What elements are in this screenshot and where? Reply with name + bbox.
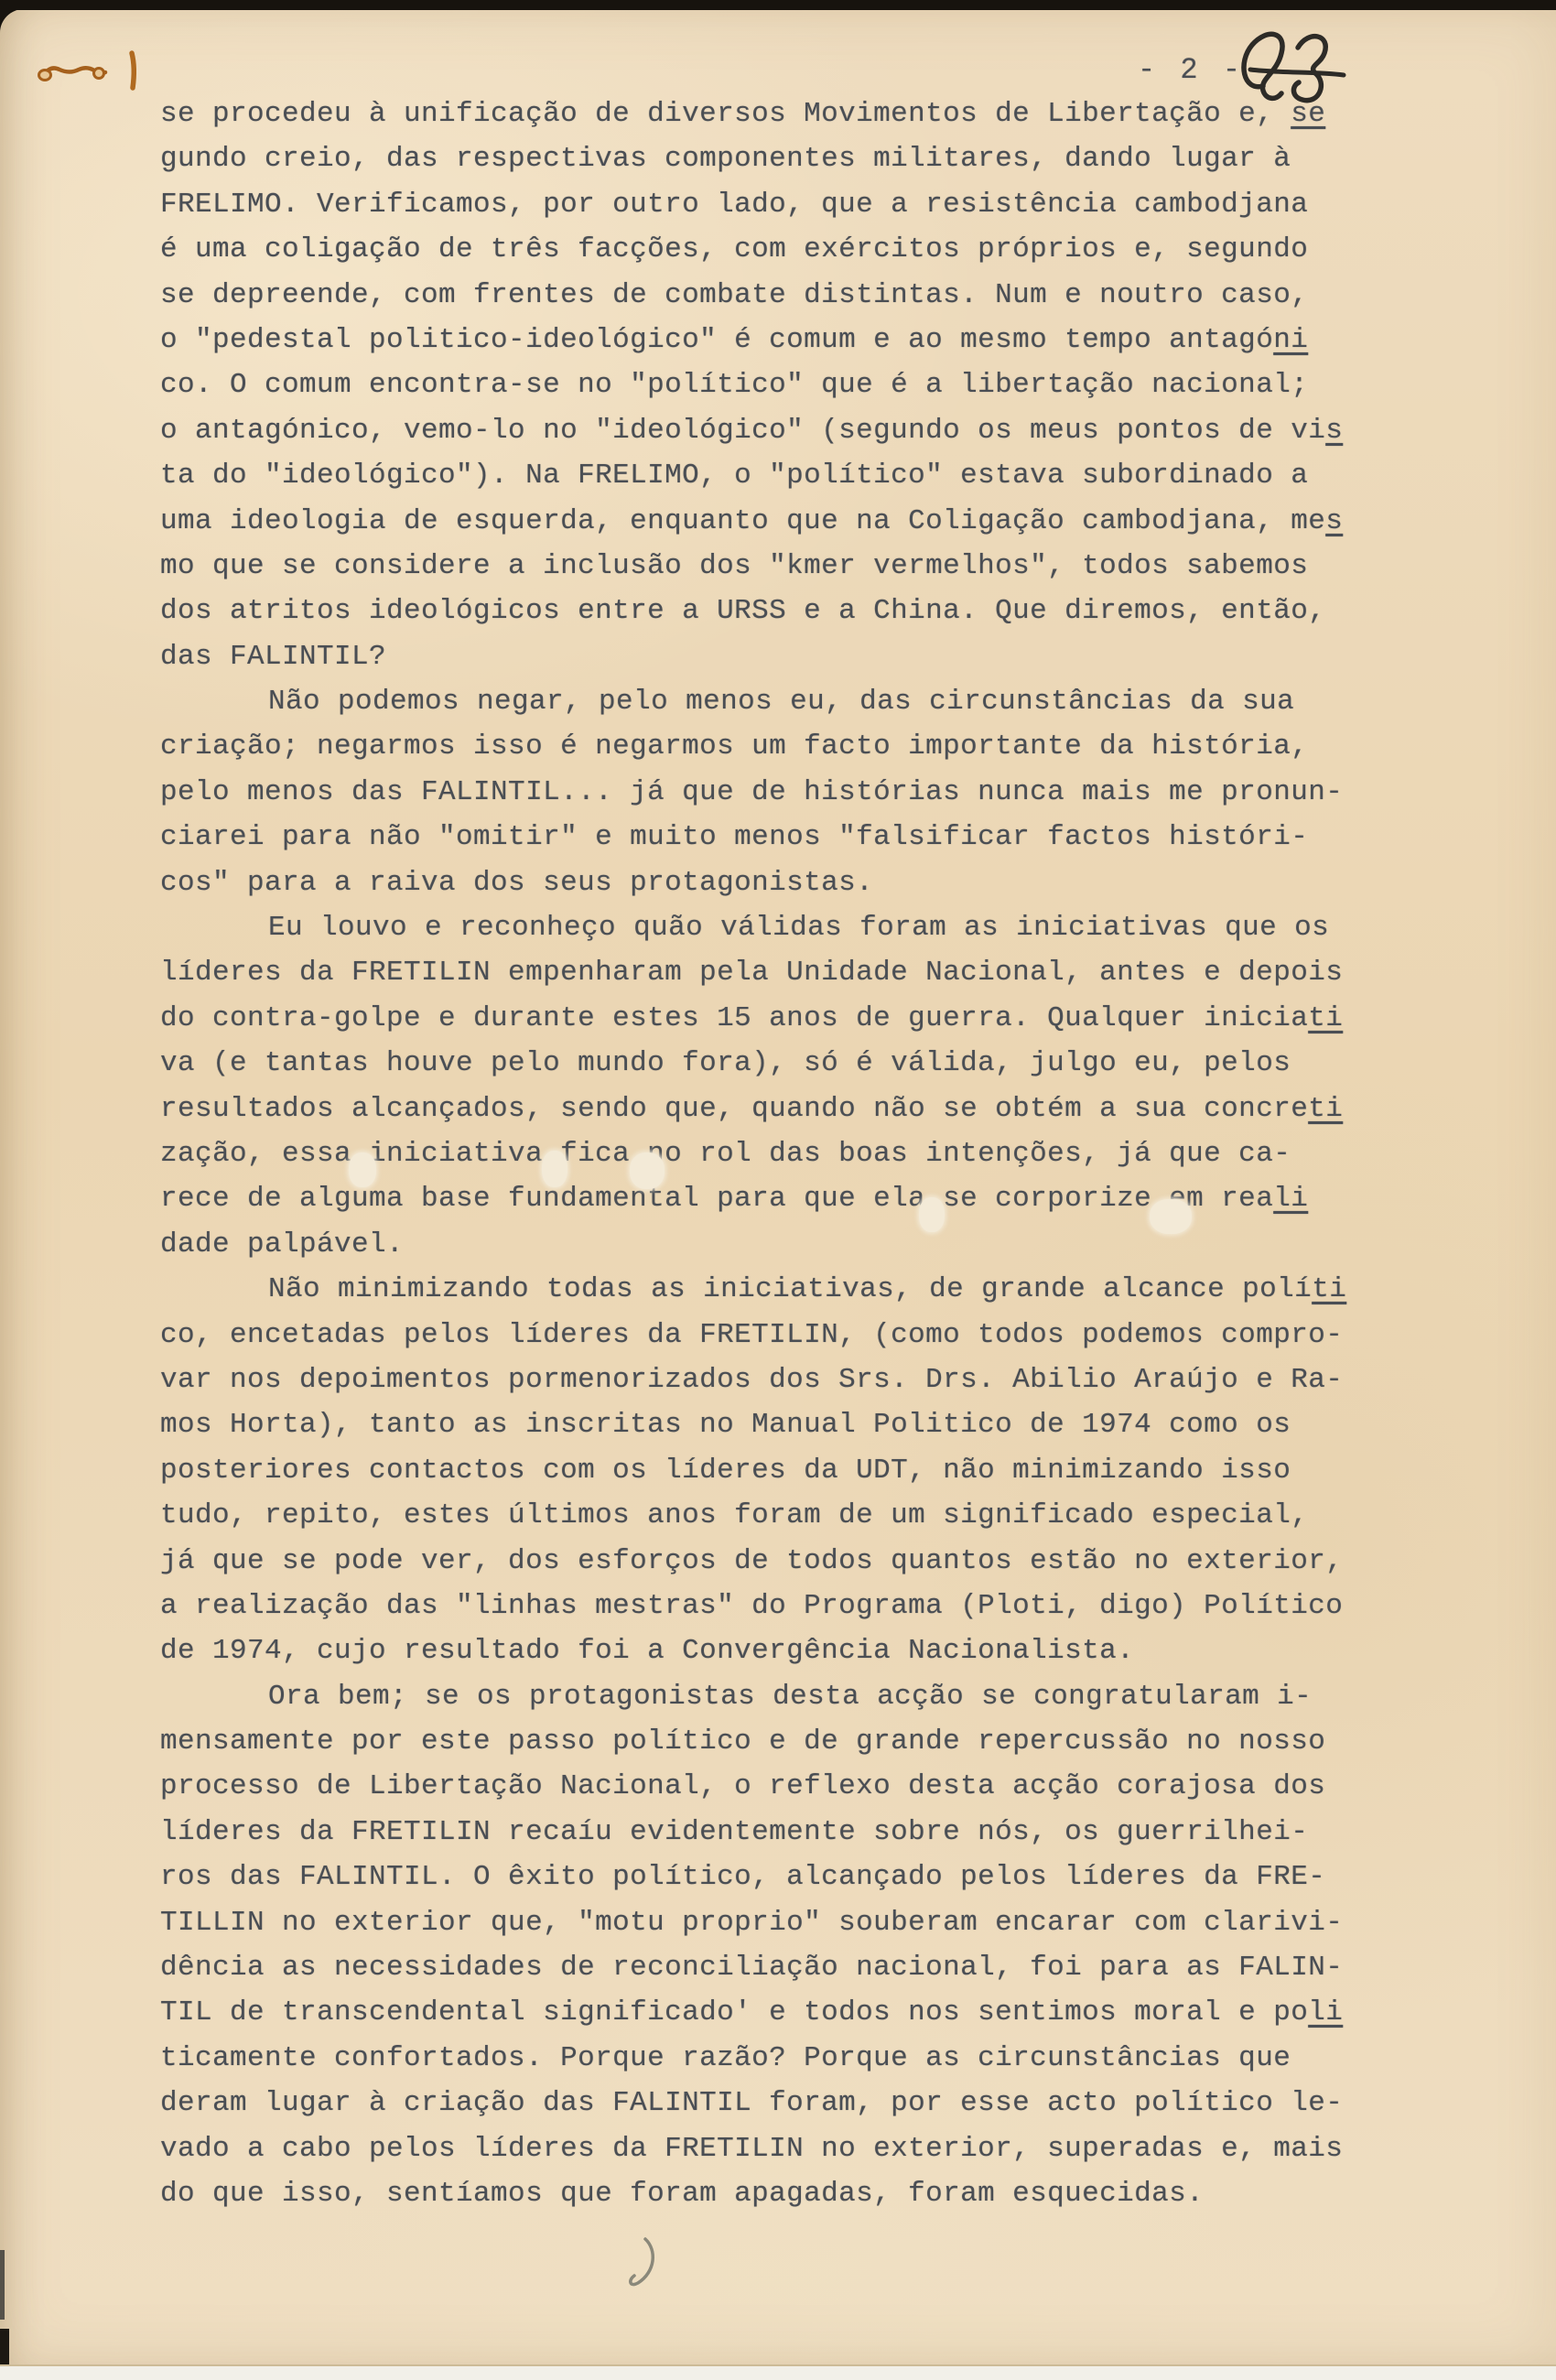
text-line: tudo, repito, estes últimos anos foram d… <box>160 1493 1460 1538</box>
text-line: Não minimizando todas as iniciativas, de… <box>160 1267 1460 1312</box>
text-line: criação; negarmos isso é negarmos um fac… <box>160 724 1460 769</box>
text-line: o antagónico, vemo-lo no "ideológico" (s… <box>160 408 1460 453</box>
text-line: Ora bem; se os protagonistas desta acção… <box>160 1674 1460 1719</box>
text-line: va (e tantas houve pelo mundo fora), só … <box>160 1041 1460 1086</box>
text-line: pelo menos das FALINTIL... já que de his… <box>160 770 1460 815</box>
pen-squiggle <box>621 2235 661 2294</box>
rust-stain <box>35 49 154 97</box>
text-line: resultados alcançados, sendo que, quando… <box>160 1087 1460 1131</box>
text-line: FRELIMO. Verificamos, por outro lado, qu… <box>160 182 1460 227</box>
text-line: var nos depoimentos pormenorizados dos S… <box>160 1358 1460 1402</box>
whiteout-mark <box>349 1152 376 1187</box>
whiteout-mark <box>630 1152 665 1189</box>
text-line: líderes da FRETILIN empenharam pela Unid… <box>160 950 1460 995</box>
text-line: co, encetadas pelos líderes da FRETILIN,… <box>160 1313 1460 1358</box>
text-line: se procedeu à unificação de diversos Mov… <box>160 92 1460 136</box>
text-line: co. O comum encontra-se no "político" qu… <box>160 362 1460 407</box>
text-line: o "pedestal politico-ideológico" é comum… <box>160 318 1460 362</box>
text-line: mo que se considere a inclusão dos "kmer… <box>160 544 1460 589</box>
text-line: dos atritos ideológicos entre a URSS e a… <box>160 589 1460 633</box>
text-line: Não podemos negar, pelo menos eu, das ci… <box>160 679 1460 724</box>
text-line: processo de Libertação Nacional, o refle… <box>160 1764 1460 1809</box>
text-line: ciarei para não "omitir" e muito menos "… <box>160 815 1460 860</box>
text-line: vado a cabo pelos líderes da FRETILIN no… <box>160 2126 1460 2171</box>
text-line: mensamente por este passo político e de … <box>160 1719 1460 1764</box>
scan-edge-top <box>0 0 1556 10</box>
text-line: já que se pode ver, dos esforços de todo… <box>160 1539 1460 1584</box>
text-line: dade palpável. <box>160 1222 1460 1267</box>
text-line: das FALINTIL? <box>160 634 1460 679</box>
text-line: se depreende, com frentes de combate dis… <box>160 273 1460 318</box>
text-line: de 1974, cujo resultado foi a Convergênc… <box>160 1628 1460 1673</box>
text-line: deram lugar à criação das FALINTIL foram… <box>160 2081 1460 2126</box>
text-line: do contra-golpe e durante estes 15 anos … <box>160 996 1460 1041</box>
text-line: ta do "ideológico"). Na FRELIMO, o "polí… <box>160 453 1460 498</box>
text-line: TIL de transcendental significado' e tod… <box>160 1990 1460 2035</box>
text-line: ros das FALINTIL. O êxito político, alca… <box>160 1855 1460 1899</box>
text-line: do que isso, sentíamos que foram apagada… <box>160 2171 1460 2216</box>
text-line: dência as necessidades de reconciliação … <box>160 1945 1460 1990</box>
text-line: ticamente confortados. Porque razão? Por… <box>160 2036 1460 2081</box>
text-line: posteriores contactos com os líderes da … <box>160 1448 1460 1493</box>
scan-edge-bottom-left <box>0 2329 9 2364</box>
text-line: mos Horta), tanto as inscritas no Manual… <box>160 1402 1460 1447</box>
whiteout-mark <box>542 1151 567 1187</box>
text-line: Eu louvo e reconheço quão válidas foram … <box>160 905 1460 950</box>
text-line: uma ideologia de esquerda, enquanto que … <box>160 499 1460 544</box>
whiteout-mark <box>919 1197 945 1232</box>
text-line: cos" para a raiva dos seus protagonistas… <box>160 860 1460 905</box>
paper-sheet: - 2 - se procedeu à unificação de divers… <box>0 9 1556 2366</box>
text-line: líderes da FRETILIN recaíu evidentemente… <box>160 1810 1460 1855</box>
text-line: é uma coligação de três facções, com exé… <box>160 227 1460 272</box>
text-line: TILLIN no exterior que, "motu proprio" s… <box>160 1900 1460 1945</box>
scan-edge-left <box>0 2250 5 2320</box>
whiteout-mark <box>1150 1199 1192 1234</box>
text-line: a realização das "linhas mestras" do Pro… <box>160 1584 1460 1628</box>
text-line: gundo creio, das respectivas componentes… <box>160 136 1460 181</box>
